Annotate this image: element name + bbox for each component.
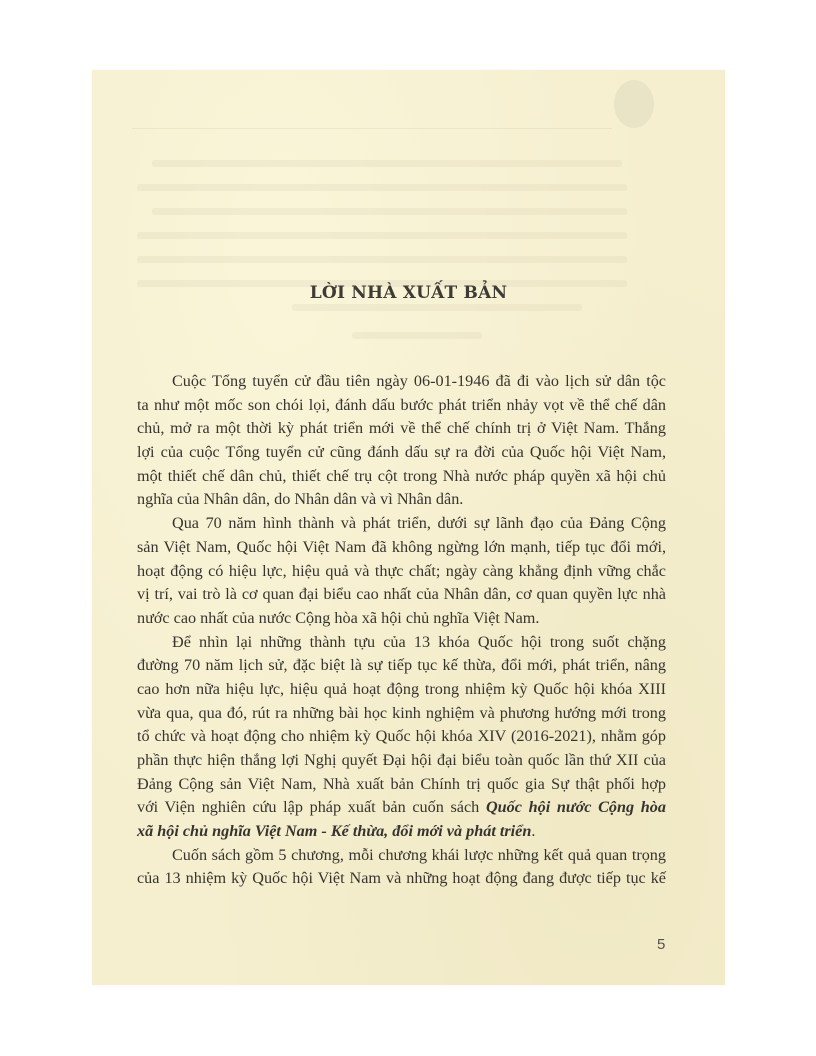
text-line: của 13 nhiệm kỳ Quốc hội Việt Nam và nhữ… <box>137 867 666 891</box>
bleed-through-line <box>137 256 627 263</box>
bleed-through-line <box>137 184 627 191</box>
text-line: lợi của cuộc Tổng tuyển cử cũng đánh dấu… <box>137 441 666 465</box>
text-line: tổ chức và hoạt động cho nhiệm kỳ Quốc h… <box>137 725 666 749</box>
text-run: . <box>531 822 535 840</box>
text-line: Để nhìn lại những thành tựu của 13 khóa … <box>137 631 666 655</box>
text-line: đường 70 năm lịch sử, đặc biệt là sự tiế… <box>137 654 666 678</box>
text-line: Đảng Cộng sản Việt Nam, Nhà xuất bản Chí… <box>137 773 666 797</box>
text-line: Cuốn sách gồm 5 chương, mỗi chương khái … <box>137 844 666 868</box>
text-line: một thiết chế dân chủ, thiết chế trụ cột… <box>137 465 666 489</box>
bleed-through-line <box>137 232 627 239</box>
page-heading: LỜI NHÀ XUẤT BẢN <box>92 283 725 303</box>
bleed-through-header-rule <box>132 128 612 129</box>
page-number: 5 <box>657 936 665 953</box>
bleed-through-line <box>292 304 582 311</box>
book-title-emphasis: xã hội chủ nghĩa Việt Nam - Kế thừa, đổi… <box>137 822 531 840</box>
text-line: nước cao nhất của nước Cộng hòa xã hội c… <box>137 607 666 631</box>
text-line: cao hơn nữa hiệu lực, hiệu quả hoạt động… <box>137 678 666 702</box>
text-line: với Viện nghiên cứu lập pháp xuất bản cu… <box>137 796 666 820</box>
book-page: LỜI NHÀ XUẤT BẢN Cuộc Tổng tuyển cử đầu … <box>92 70 725 985</box>
bleed-through-line <box>352 332 482 339</box>
text-line: xã hội chủ nghĩa Việt Nam - Kế thừa, đổi… <box>137 820 666 844</box>
text-line: Cuộc Tổng tuyển cử đầu tiên ngày 06-01-1… <box>137 370 666 394</box>
text-line: Qua 70 năm hình thành và phát triển, dướ… <box>137 512 666 536</box>
text-line: phần thực hiện thắng lợi Nghị quyết Đại … <box>137 749 666 773</box>
book-title-emphasis: Quốc hội nước Cộng hòa <box>486 798 666 816</box>
text-line: nghĩa của Nhân dân, do Nhân dân và vì Nh… <box>137 488 666 512</box>
text-line: sản Việt Nam, Quốc hội Việt Nam đã không… <box>137 536 666 560</box>
bleed-through-line <box>152 208 627 215</box>
text-run: với Viện nghiên cứu lập pháp xuất bản cu… <box>137 798 486 816</box>
bleed-through-emblem <box>614 80 654 128</box>
bleed-through-line <box>152 160 622 167</box>
text-line: vừa qua, qua đó, rút ra những bài học ki… <box>137 702 666 726</box>
body-text: Cuộc Tổng tuyển cử đầu tiên ngày 06-01-1… <box>137 370 666 891</box>
text-line: chủ, mở ra một thời kỳ phát triển mới về… <box>137 417 666 441</box>
text-line: ta như một mốc son chói lọi, đánh dấu bư… <box>137 394 666 418</box>
text-line: vị trí, vai trò là cơ quan đại biểu cao … <box>137 583 666 607</box>
text-line: hoạt động có hiệu lực, hiệu quả và thực … <box>137 560 666 584</box>
